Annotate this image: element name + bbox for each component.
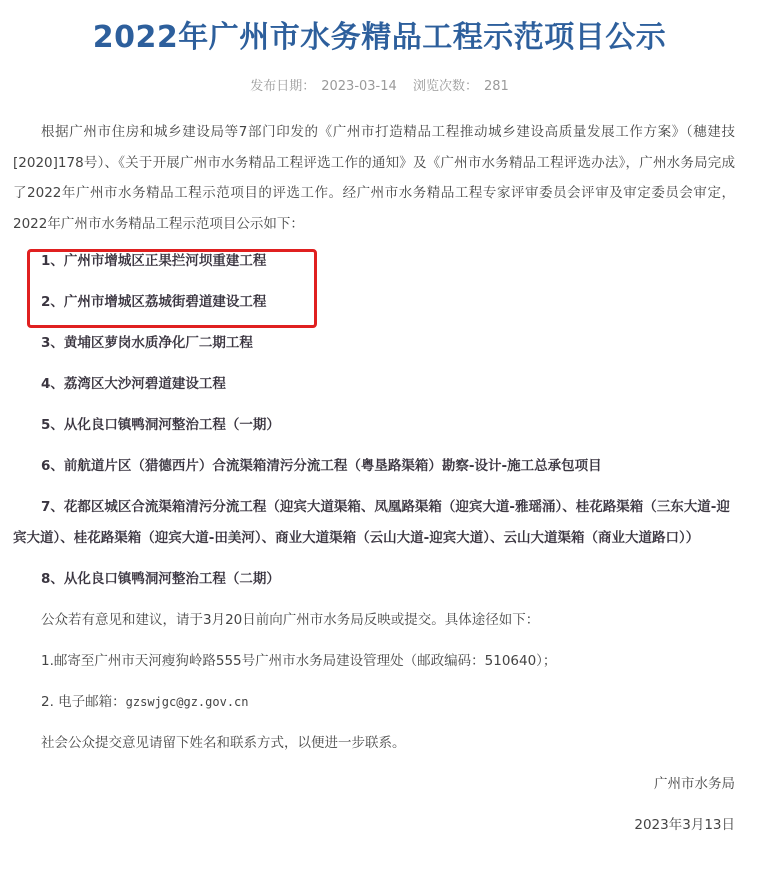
view-count: 浏览次数：281: [410, 79, 512, 94]
view-count-value: 281: [484, 79, 509, 94]
project-item-8: 8、从化良口镇鸭洞河整治工程（二期）: [13, 559, 735, 600]
intro-paragraph: 根据广州市住房和城乡建设局等7部门印发的《广州市打造精品工程推动城乡建设高质量发…: [13, 117, 735, 239]
signature-date: 2023年3月13日: [13, 805, 735, 846]
email-label: 2. 电子邮箱：: [41, 694, 126, 710]
mail-channel: 1.邮寄至广州市天河瘦狗岭路555号广州市水务局建设管理处（邮政编码：51064…: [13, 641, 735, 682]
signature-org: 广州市水务局: [13, 764, 735, 805]
contact-note: 社会公众提交意见请留下姓名和联系方式，以便进一步联系。: [13, 723, 735, 764]
publish-date-label: 发布日期：: [250, 79, 315, 94]
view-count-label: 浏览次数：: [413, 79, 478, 94]
project-item-4: 4、荔湾区大沙河碧道建设工程: [13, 364, 735, 405]
publish-date-value: 2023-03-14: [321, 79, 397, 94]
feedback-paragraph: 公众若有意见和建议，请于3月20日前向广州市水务局反映或提交。具体途径如下：: [13, 600, 735, 641]
project-item-5: 5、从化良口镇鸭洞河整治工程（一期）: [13, 405, 735, 446]
publish-date: 发布日期：2023-03-14: [247, 79, 400, 94]
project-item-7: 7、花都区城区合流渠箱清污分流工程（迎宾大道渠箱、凤凰路渠箱（迎宾大道-雅瑶涌）…: [13, 487, 735, 559]
project-item-3: 3、黄埔区萝岗水质净化厂二期工程: [13, 323, 735, 364]
article-body: 根据广州市住房和城乡建设局等7部门印发的《广州市打造精品工程推动城乡建设高质量发…: [13, 117, 735, 846]
project-list: 1、广州市增城区正果拦河坝重建工程 2、广州市增城区荔城街碧道建设工程 3、黄埔…: [13, 241, 735, 600]
project-item-1: 1、广州市增城区正果拦河坝重建工程: [13, 241, 735, 282]
project-item-6: 6、前航道片区（猎德西片）合流渠箱清污分流工程（粤垦路渠箱）勘察-设计-施工总承…: [13, 446, 735, 487]
project-item-2: 2、广州市增城区荔城街碧道建设工程: [13, 282, 735, 323]
email-channel: 2. 电子邮箱：gzswjgc@gz.gov.cn: [13, 682, 735, 723]
article-meta: 发布日期：2023-03-14 浏览次数：281: [0, 78, 759, 96]
email-link[interactable]: gzswjgc@gz.gov.cn: [126, 695, 249, 709]
page-title: 2022年广州市水务精品工程示范项目公示: [0, 18, 759, 58]
